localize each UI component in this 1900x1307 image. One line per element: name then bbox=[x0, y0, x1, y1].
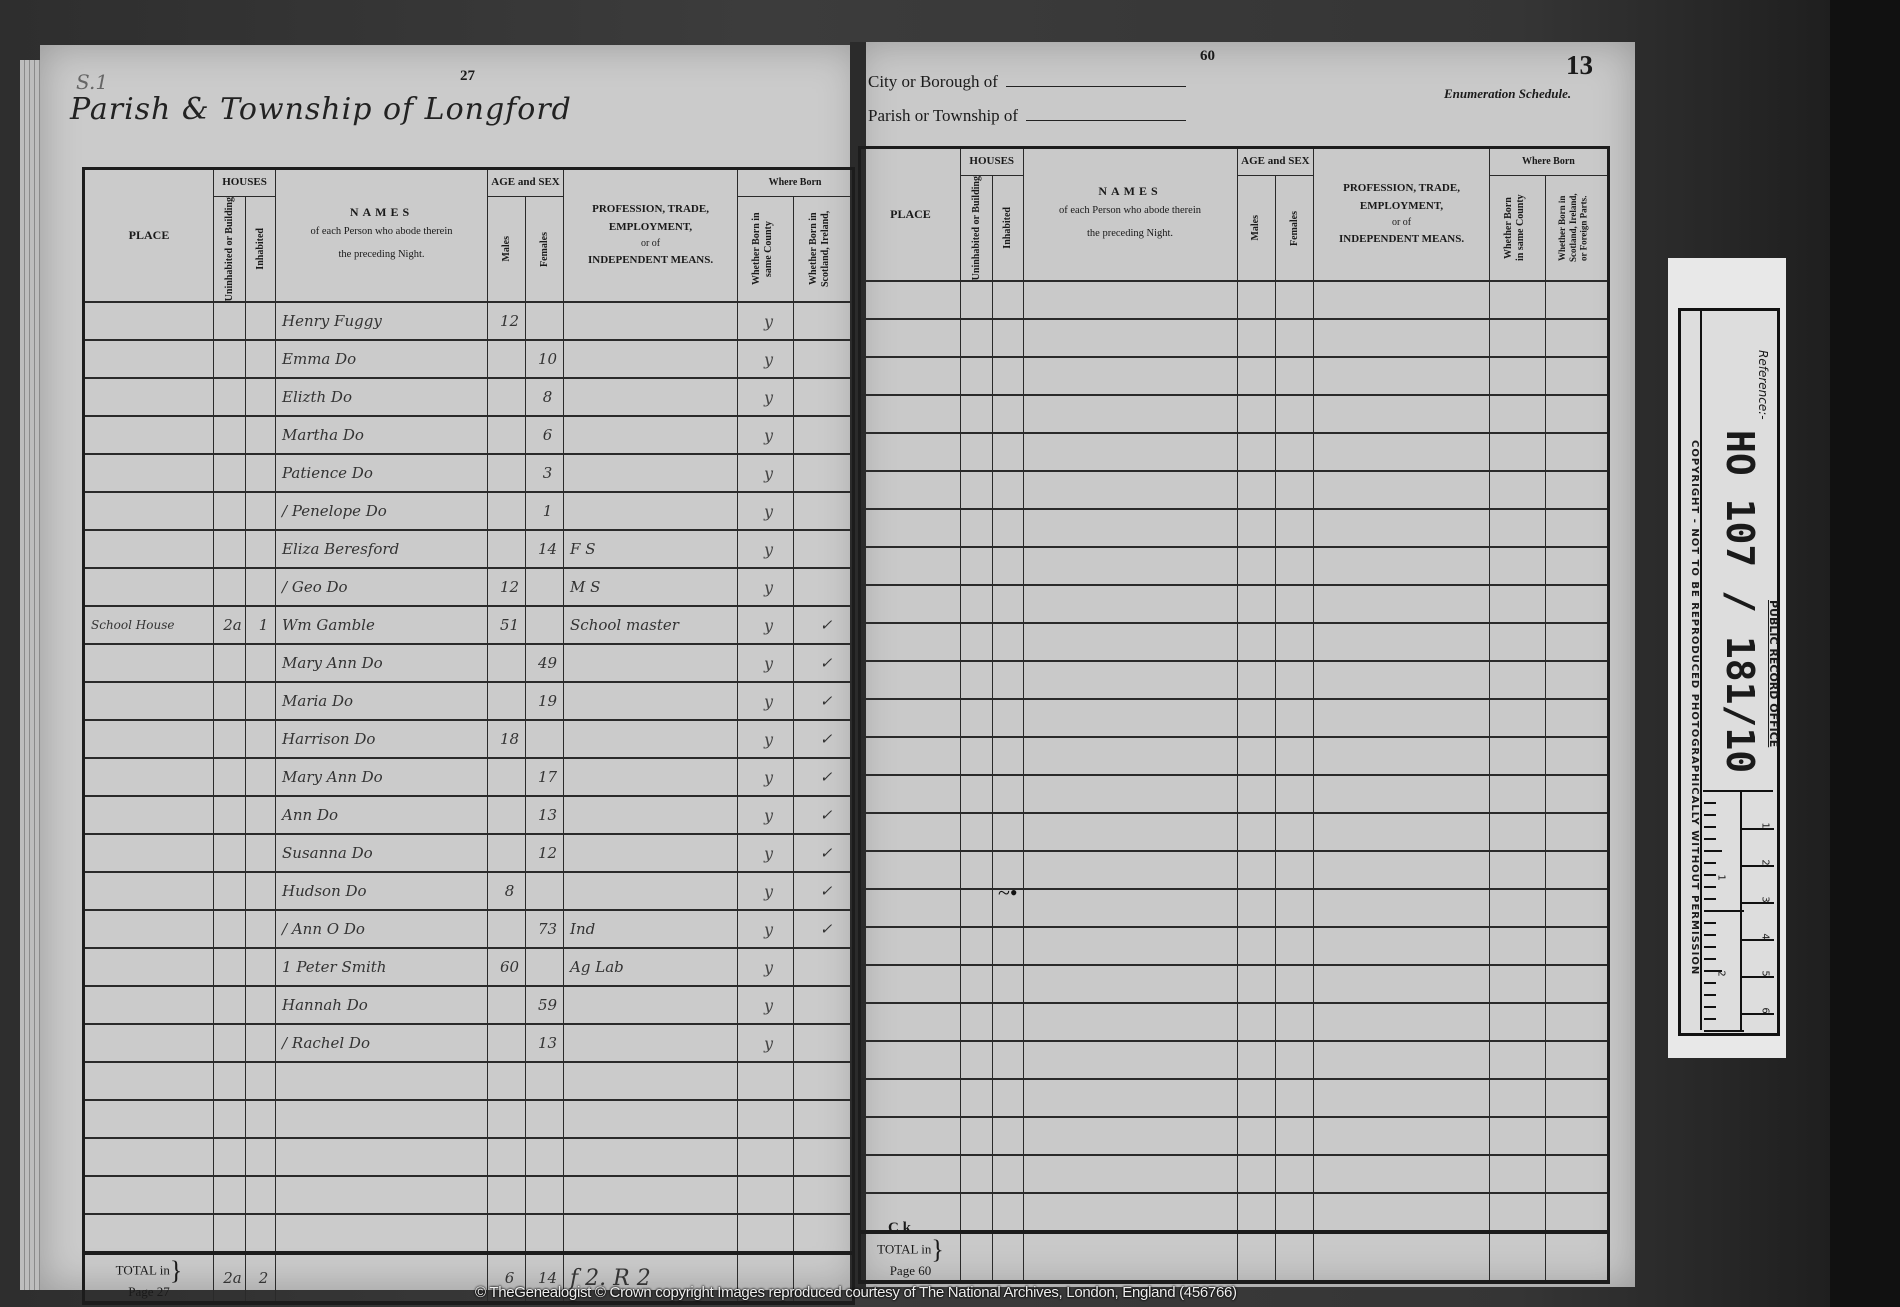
total-label-1: TOTAL in bbox=[116, 1262, 170, 1277]
copyright-footer: © TheGenealogist © Crown copyright Image… bbox=[475, 1284, 1237, 1301]
row-place bbox=[84, 758, 214, 796]
empty-cell bbox=[1237, 1079, 1275, 1117]
row-name: Wm Gamble bbox=[276, 606, 488, 644]
row-born-county: y bbox=[738, 644, 794, 682]
row-name: Hudson Do bbox=[276, 872, 488, 910]
table-row: / Geo Do12M Sy bbox=[84, 568, 854, 606]
ruler-tick bbox=[1704, 910, 1744, 912]
empty-cell bbox=[1275, 281, 1313, 319]
right-census-table: PLACE HOUSES NAMES of each Person who ab… bbox=[858, 146, 1610, 1284]
table-row: / Penelope Do1y bbox=[84, 492, 854, 530]
col-names: NAMES of each Person who abode therein t… bbox=[276, 169, 488, 303]
table-row: Hannah Do59y bbox=[84, 986, 854, 1024]
row-born-scotland bbox=[794, 530, 854, 568]
empty-cell bbox=[1489, 737, 1546, 775]
empty-cell bbox=[993, 965, 1023, 1003]
row-profession bbox=[564, 340, 738, 378]
row-born-scotland bbox=[794, 1176, 854, 1214]
empty-cell bbox=[1489, 623, 1546, 661]
empty-cell bbox=[1314, 1041, 1490, 1079]
right-total-label: TOTAL in} Page 60 bbox=[860, 1232, 961, 1282]
schedule-label: Enumeration Schedule. bbox=[1444, 86, 1571, 102]
row-uninhabited bbox=[214, 1062, 246, 1100]
ruler-tick bbox=[1704, 1006, 1716, 1008]
row-male-age: 12 bbox=[488, 568, 526, 606]
row-born-county: y bbox=[738, 986, 794, 1024]
empty-cell bbox=[1546, 357, 1609, 395]
empty-cell bbox=[993, 1003, 1023, 1041]
males-label: Males bbox=[501, 236, 513, 262]
table-row bbox=[860, 1117, 1609, 1155]
table-row: Martha Do6y bbox=[84, 416, 854, 454]
table-row bbox=[860, 1155, 1609, 1193]
row-female-age bbox=[526, 1062, 564, 1100]
ruler-tick bbox=[1704, 814, 1716, 816]
empty-cell bbox=[1489, 965, 1546, 1003]
row-born-scotland bbox=[794, 1024, 854, 1062]
row-born-county: y bbox=[738, 948, 794, 986]
ruler-inch-label: 1 bbox=[1716, 874, 1727, 880]
parish-label-text: Parish or Township of bbox=[868, 106, 1018, 125]
empty-cell bbox=[1275, 661, 1313, 699]
empty-cell bbox=[1546, 1117, 1609, 1155]
row-female-age: 1 bbox=[526, 492, 564, 530]
row-place bbox=[84, 872, 214, 910]
empty-cell bbox=[1489, 851, 1546, 889]
empty-cell bbox=[960, 281, 992, 319]
r-prof-line3: or of bbox=[1314, 215, 1489, 231]
r-prof-line4: INDEPENDENT MEANS. bbox=[1314, 231, 1489, 249]
row-female-age: 6 bbox=[526, 416, 564, 454]
prof-line3: or of bbox=[564, 236, 737, 252]
row-born-county: y bbox=[738, 682, 794, 720]
empty-cell bbox=[1275, 1117, 1313, 1155]
empty-cell bbox=[960, 547, 992, 585]
table-row: 1 Peter Smith60Ag Laby bbox=[84, 948, 854, 986]
row-inhabited bbox=[246, 834, 276, 872]
empty-cell bbox=[993, 319, 1023, 357]
row-born-county bbox=[738, 1062, 794, 1100]
row-place bbox=[84, 454, 214, 492]
row-inhabited bbox=[246, 720, 276, 758]
col-born-scotland: Whether Born in Scotland, Ireland, bbox=[794, 197, 854, 303]
empty-cell bbox=[1275, 1003, 1313, 1041]
row-born-scotland: ✓ bbox=[794, 644, 854, 682]
row-name: / Geo Do bbox=[276, 568, 488, 606]
empty-cell bbox=[1275, 699, 1313, 737]
empty-cell bbox=[1023, 1003, 1237, 1041]
row-female-age: 3 bbox=[526, 454, 564, 492]
row-born-scotland bbox=[794, 416, 854, 454]
empty-cell bbox=[1314, 699, 1490, 737]
row-female-age: 73 bbox=[526, 910, 564, 948]
r-col-where-born: Where Born bbox=[1489, 148, 1608, 176]
row-profession: Ind bbox=[564, 910, 738, 948]
empty-cell bbox=[1023, 357, 1237, 395]
row-place bbox=[84, 796, 214, 834]
row-born-scotland: ✓ bbox=[794, 834, 854, 872]
empty-cell bbox=[1023, 661, 1237, 699]
r-total-c7 bbox=[1489, 1232, 1546, 1282]
empty-cell bbox=[1314, 357, 1490, 395]
row-uninhabited bbox=[214, 758, 246, 796]
right-census-body bbox=[860, 281, 1609, 1232]
empty-cell bbox=[1023, 433, 1237, 471]
empty-cell bbox=[860, 1041, 961, 1079]
empty-cell bbox=[1489, 509, 1546, 547]
row-uninhabited bbox=[214, 302, 246, 340]
row-born-county: y bbox=[738, 872, 794, 910]
row-born-county: y bbox=[738, 1024, 794, 1062]
row-inhabited bbox=[246, 796, 276, 834]
row-female-age: 17 bbox=[526, 758, 564, 796]
empty-cell bbox=[860, 357, 961, 395]
empty-cell bbox=[1546, 965, 1609, 1003]
row-female-age: 19 bbox=[526, 682, 564, 720]
row-name: Mary Ann Do bbox=[276, 644, 488, 682]
row-male-age: 12 bbox=[488, 302, 526, 340]
row-born-scotland bbox=[794, 568, 854, 606]
row-male-age bbox=[488, 910, 526, 948]
empty-cell bbox=[1023, 889, 1237, 927]
ruler-tick bbox=[1704, 898, 1716, 900]
empty-cell bbox=[960, 509, 992, 547]
row-place bbox=[84, 416, 214, 454]
empty-cell bbox=[1546, 395, 1609, 433]
empty-cell bbox=[1546, 775, 1609, 813]
row-place bbox=[84, 1176, 214, 1214]
empty-cell bbox=[1314, 737, 1490, 775]
empty-cell bbox=[860, 395, 961, 433]
empty-cell bbox=[993, 661, 1023, 699]
empty-cell bbox=[1237, 1117, 1275, 1155]
row-male-age: 60 bbox=[488, 948, 526, 986]
row-name: Eliza Beresford bbox=[276, 530, 488, 568]
r-col-names: NAMES of each Person who abode therein t… bbox=[1023, 148, 1237, 282]
empty-cell bbox=[860, 965, 961, 1003]
empty-cell bbox=[1314, 927, 1490, 965]
row-born-scotland: ✓ bbox=[794, 758, 854, 796]
r-total-c3 bbox=[1023, 1232, 1237, 1282]
row-name bbox=[276, 1214, 488, 1253]
row-born-scotland: ✓ bbox=[794, 796, 854, 834]
empty-cell bbox=[1314, 1117, 1490, 1155]
row-born-scotland bbox=[794, 1138, 854, 1176]
empty-cell bbox=[1489, 661, 1546, 699]
empty-cell bbox=[960, 319, 992, 357]
row-name: / Penelope Do bbox=[276, 492, 488, 530]
city-label: City or Borough of bbox=[868, 72, 1186, 92]
row-born-scotland bbox=[794, 1062, 854, 1100]
r-total-c4 bbox=[1237, 1232, 1275, 1282]
row-born-county: y bbox=[738, 378, 794, 416]
row-inhabited bbox=[246, 948, 276, 986]
row-uninhabited bbox=[214, 340, 246, 378]
row-male-age bbox=[488, 416, 526, 454]
table-row bbox=[860, 623, 1609, 661]
r-prof-line1: PROFESSION, TRADE, bbox=[1314, 180, 1489, 198]
empty-cell bbox=[1546, 813, 1609, 851]
ruler-tick bbox=[1704, 982, 1716, 984]
row-uninhabited bbox=[214, 454, 246, 492]
empty-cell bbox=[1237, 585, 1275, 623]
empty-cell bbox=[1237, 1003, 1275, 1041]
empty-cell bbox=[1275, 965, 1313, 1003]
table-row bbox=[860, 1193, 1609, 1232]
table-row: Emma Do10y bbox=[84, 340, 854, 378]
empty-cell bbox=[960, 851, 992, 889]
empty-cell bbox=[1546, 851, 1609, 889]
empty-cell bbox=[860, 1003, 961, 1041]
row-profession bbox=[564, 644, 738, 682]
table-row bbox=[860, 547, 1609, 585]
row-uninhabited bbox=[214, 796, 246, 834]
empty-cell bbox=[1314, 813, 1490, 851]
row-inhabited bbox=[246, 1100, 276, 1138]
table-row bbox=[860, 737, 1609, 775]
row-profession bbox=[564, 1100, 738, 1138]
empty-cell bbox=[960, 927, 992, 965]
row-uninhabited bbox=[214, 1138, 246, 1176]
empty-cell bbox=[1546, 509, 1609, 547]
table-row: Ann Do13y✓ bbox=[84, 796, 854, 834]
row-male-age: 18 bbox=[488, 720, 526, 758]
row-uninhabited bbox=[214, 1214, 246, 1253]
table-row bbox=[860, 775, 1609, 813]
empty-cell bbox=[1275, 471, 1313, 509]
row-born-scotland bbox=[794, 378, 854, 416]
empty-cell bbox=[860, 623, 961, 661]
empty-cell bbox=[1489, 319, 1546, 357]
row-female-age: 10 bbox=[526, 340, 564, 378]
row-profession bbox=[564, 682, 738, 720]
empty-cell bbox=[1546, 623, 1609, 661]
table-row: Henry Fuggy12y bbox=[84, 302, 854, 340]
table-row: Elizth Do8y bbox=[84, 378, 854, 416]
table-row bbox=[860, 585, 1609, 623]
empty-cell bbox=[1023, 395, 1237, 433]
empty-cell bbox=[1237, 547, 1275, 585]
row-profession bbox=[564, 834, 738, 872]
reference-number: HO 107 / 181/10 bbox=[1718, 430, 1762, 773]
row-female-age: 49 bbox=[526, 644, 564, 682]
table-row bbox=[84, 1062, 854, 1100]
row-profession bbox=[564, 720, 738, 758]
row-profession bbox=[564, 454, 738, 492]
empty-cell bbox=[1314, 319, 1490, 357]
row-female-age bbox=[526, 1176, 564, 1214]
row-inhabited bbox=[246, 530, 276, 568]
row-male-age bbox=[488, 454, 526, 492]
ink-blot: ~• bbox=[998, 880, 1018, 906]
row-inhabited bbox=[246, 872, 276, 910]
row-born-county: y bbox=[738, 758, 794, 796]
r-col-females: Females bbox=[1275, 176, 1313, 282]
empty-cell bbox=[1314, 433, 1490, 471]
row-male-age: 51 bbox=[488, 606, 526, 644]
col-place: PLACE bbox=[84, 169, 214, 303]
empty-cell bbox=[1023, 623, 1237, 661]
empty-cell bbox=[960, 471, 992, 509]
table-row: Harrison Do18y✓ bbox=[84, 720, 854, 758]
born-scotland-label: Whether Born in Scotland, Ireland, bbox=[808, 209, 838, 289]
empty-cell bbox=[1023, 813, 1237, 851]
left-total-label: TOTAL in} Page 27 bbox=[84, 1253, 214, 1303]
empty-cell bbox=[1023, 1193, 1237, 1232]
empty-cell bbox=[1237, 927, 1275, 965]
row-born-county bbox=[738, 1138, 794, 1176]
row-born-county: y bbox=[738, 606, 794, 644]
row-name: Hannah Do bbox=[276, 986, 488, 1024]
row-name: Ann Do bbox=[276, 796, 488, 834]
ruler-tick bbox=[1704, 802, 1716, 804]
ruler-top bbox=[1703, 790, 1773, 792]
row-inhabited bbox=[246, 1024, 276, 1062]
row-place bbox=[84, 302, 214, 340]
r-col-age-sex: AGE and SEX bbox=[1237, 148, 1314, 176]
table-row bbox=[860, 1079, 1609, 1117]
empty-cell bbox=[860, 281, 961, 319]
col-inhabited: Inhabited bbox=[246, 197, 276, 303]
row-born-county: y bbox=[738, 796, 794, 834]
empty-cell bbox=[1237, 433, 1275, 471]
row-place bbox=[84, 340, 214, 378]
table-row bbox=[860, 851, 1609, 889]
row-born-county: y bbox=[738, 416, 794, 454]
row-inhabited bbox=[246, 416, 276, 454]
empty-cell bbox=[960, 661, 992, 699]
row-uninhabited bbox=[214, 568, 246, 606]
row-place bbox=[84, 986, 214, 1024]
table-row bbox=[860, 357, 1609, 395]
ruler-tick bbox=[1704, 862, 1716, 864]
row-uninhabited bbox=[214, 378, 246, 416]
row-place bbox=[84, 1138, 214, 1176]
empty-cell bbox=[960, 1155, 992, 1193]
row-name: / Rachel Do bbox=[276, 1024, 488, 1062]
row-uninhabited bbox=[214, 948, 246, 986]
empty-cell bbox=[1314, 889, 1490, 927]
empty-cell bbox=[860, 775, 961, 813]
row-profession bbox=[564, 986, 738, 1024]
row-born-county: y bbox=[738, 530, 794, 568]
empty-cell bbox=[1314, 585, 1490, 623]
table-row bbox=[860, 965, 1609, 1003]
row-inhabited bbox=[246, 1176, 276, 1214]
row-name bbox=[276, 1138, 488, 1176]
r-total-c1 bbox=[960, 1232, 992, 1282]
empty-cell bbox=[1275, 851, 1313, 889]
row-female-age bbox=[526, 720, 564, 758]
row-profession bbox=[564, 1062, 738, 1100]
empty-cell bbox=[1275, 509, 1313, 547]
empty-cell bbox=[1314, 281, 1490, 319]
table-row: / Rachel Do13y bbox=[84, 1024, 854, 1062]
reference-label: Reference:- bbox=[1756, 350, 1770, 420]
prof-line2: EMPLOYMENT, bbox=[564, 219, 737, 237]
r-names-sub2: the preceding Night. bbox=[1024, 222, 1237, 245]
table-row bbox=[860, 395, 1609, 433]
empty-cell bbox=[860, 889, 961, 927]
ruler-cm-line bbox=[1742, 939, 1774, 941]
row-born-county: y bbox=[738, 910, 794, 948]
right-total-row: TOTAL in} Page 60 bbox=[860, 1232, 1609, 1282]
row-uninhabited bbox=[214, 492, 246, 530]
empty-cell bbox=[960, 965, 992, 1003]
col-where-born: Where Born bbox=[738, 169, 854, 197]
empty-cell bbox=[1275, 813, 1313, 851]
total-inhabited: 2 bbox=[246, 1253, 276, 1303]
empty-cell bbox=[1275, 927, 1313, 965]
ruler-cm-line bbox=[1742, 976, 1774, 978]
empty-cell bbox=[1314, 775, 1490, 813]
empty-cell bbox=[1237, 775, 1275, 813]
r-uninhabited-label: Uninhabited or Building bbox=[971, 176, 983, 280]
born-county-label: Whether Born in same County bbox=[751, 209, 781, 289]
empty-cell bbox=[993, 927, 1023, 965]
row-uninhabited bbox=[214, 682, 246, 720]
row-inhabited bbox=[246, 682, 276, 720]
empty-cell bbox=[860, 699, 961, 737]
r-col-males: Males bbox=[1237, 176, 1275, 282]
r-brace-glyph: } bbox=[931, 1235, 943, 1264]
city-field-line bbox=[1006, 86, 1186, 87]
col-uninhabited: Uninhabited or Building bbox=[214, 197, 246, 303]
row-male-age bbox=[488, 644, 526, 682]
empty-cell bbox=[1275, 1041, 1313, 1079]
empty-cell bbox=[1546, 471, 1609, 509]
empty-cell bbox=[1275, 395, 1313, 433]
empty-cell bbox=[1023, 775, 1237, 813]
table-row bbox=[84, 1100, 854, 1138]
empty-cell bbox=[993, 281, 1023, 319]
row-inhabited bbox=[246, 378, 276, 416]
empty-cell bbox=[993, 813, 1023, 851]
row-inhabited bbox=[246, 1214, 276, 1253]
empty-cell bbox=[1489, 547, 1546, 585]
females-label: Females bbox=[539, 232, 551, 267]
row-male-age bbox=[488, 758, 526, 796]
empty-cell bbox=[1023, 965, 1237, 1003]
empty-cell bbox=[1237, 319, 1275, 357]
schedule-number: 13 bbox=[1566, 50, 1593, 81]
row-male-age bbox=[488, 378, 526, 416]
city-label-text: City or Borough of bbox=[868, 72, 998, 91]
ruler-tick bbox=[1704, 934, 1716, 936]
inhabited-label: Inhabited bbox=[255, 228, 267, 270]
empty-cell bbox=[1237, 509, 1275, 547]
row-name: Maria Do bbox=[276, 682, 488, 720]
empty-cell bbox=[960, 585, 992, 623]
empty-cell bbox=[960, 395, 992, 433]
names-sub1: of each Person who abode therein bbox=[276, 220, 487, 243]
empty-cell bbox=[1546, 699, 1609, 737]
empty-cell bbox=[993, 1117, 1023, 1155]
row-profession bbox=[564, 492, 738, 530]
empty-cell bbox=[860, 1117, 961, 1155]
empty-cell bbox=[1275, 775, 1313, 813]
empty-cell bbox=[1275, 357, 1313, 395]
ruler-tick bbox=[1704, 838, 1716, 840]
empty-cell bbox=[1275, 585, 1313, 623]
total-uninhabited: 2a bbox=[214, 1253, 246, 1303]
row-inhabited bbox=[246, 758, 276, 796]
row-profession bbox=[564, 1024, 738, 1062]
empty-cell bbox=[993, 395, 1023, 433]
row-inhabited bbox=[246, 986, 276, 1024]
row-uninhabited bbox=[214, 644, 246, 682]
row-born-county: y bbox=[738, 302, 794, 340]
